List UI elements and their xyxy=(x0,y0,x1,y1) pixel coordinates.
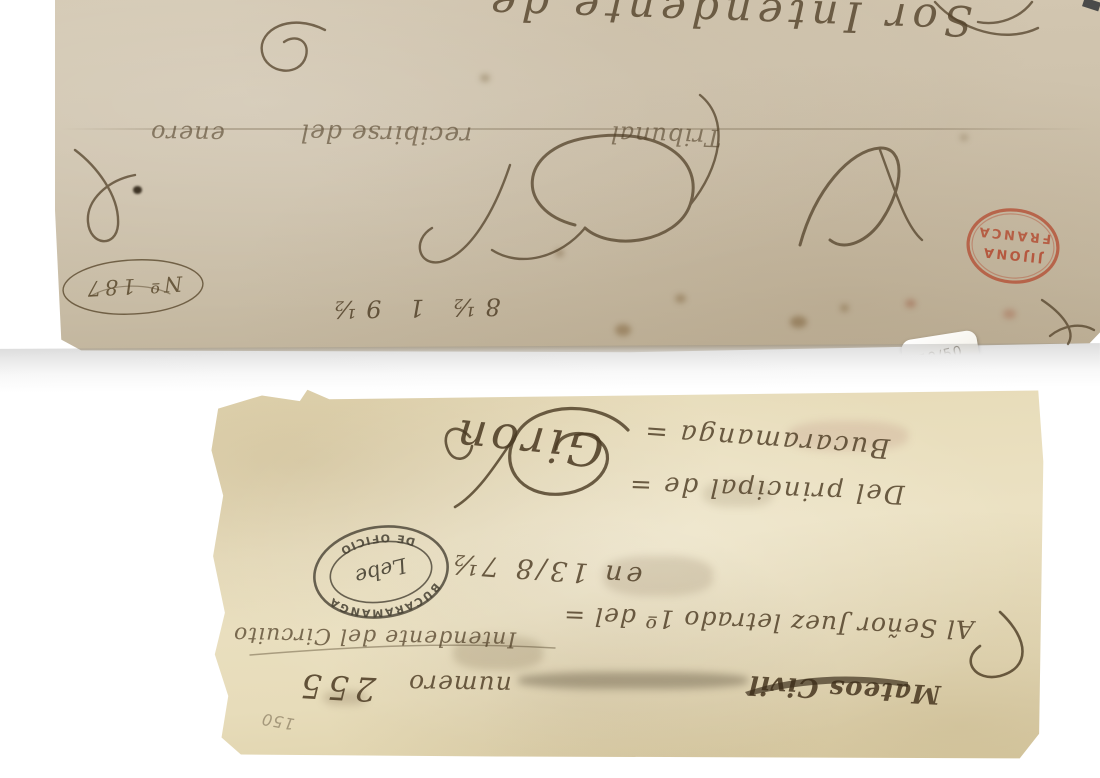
foxing-stain xyxy=(1003,309,1016,319)
top-letter-sheet: Sor Intendente de enero recibirse del Tr… xyxy=(55,0,1100,354)
franca-stamp: JIJONA FRANCA xyxy=(959,198,1067,294)
franca-stamp-line2: FRANCA xyxy=(976,223,1052,246)
ink-smudge xyxy=(518,672,748,689)
foxing-stain xyxy=(480,74,490,82)
franca-stamp-line1: JIJONA xyxy=(981,244,1045,265)
foxing-stain xyxy=(960,134,968,141)
manuscript-rate-marks: 8½ 1 9½ xyxy=(323,292,501,323)
manuscript-docket-number: 255 xyxy=(294,666,377,709)
manuscript-body-word: recibirse del xyxy=(300,119,473,151)
pencil-number: 150 xyxy=(260,709,296,734)
manuscript-body-word: enero xyxy=(150,119,225,148)
foxing-stain xyxy=(905,299,916,308)
docket-oval: Nº 187 xyxy=(56,252,209,322)
manuscript-docket-right: Mateos Civil xyxy=(747,669,941,709)
manuscript-address-line: Sor Intendente de xyxy=(484,0,973,45)
manuscript-body-word: Tribunal xyxy=(610,120,722,152)
foxing-stain xyxy=(840,304,849,312)
manuscript-rate-marks: en 13/8 7½ xyxy=(447,547,643,591)
scan-background: Sor Intendente de enero recibirse del Tr… xyxy=(0,0,1100,778)
oficio-stamp-center-script: Lebe xyxy=(353,553,410,589)
foxing-stain xyxy=(675,294,686,303)
manuscript-address-right: Al Señor Juez letrado 1º del = xyxy=(563,601,975,644)
oficio-stamp: BUCARAMANGA DE OFICIO Lebe xyxy=(299,510,462,634)
svg-text:DE OFICIO: DE OFICIO xyxy=(335,527,418,559)
foxing-stain xyxy=(555,249,564,257)
foxing-stain xyxy=(790,316,807,328)
ink-blot xyxy=(133,186,142,194)
manuscript-docket-mid: numero xyxy=(408,669,512,700)
manuscript-address-left: Intendente del Circuito xyxy=(233,622,517,652)
manuscript-origin-line1: Del principal de = xyxy=(628,469,906,509)
sleeve-edge xyxy=(0,343,1100,393)
manuscript-origin-line2: Bucaramanga = xyxy=(642,415,891,463)
oficio-stamp-arc-bottom: DE OFICIO xyxy=(335,527,418,559)
foxing-stain xyxy=(615,324,631,336)
manuscript-destination: Giron xyxy=(451,408,607,477)
